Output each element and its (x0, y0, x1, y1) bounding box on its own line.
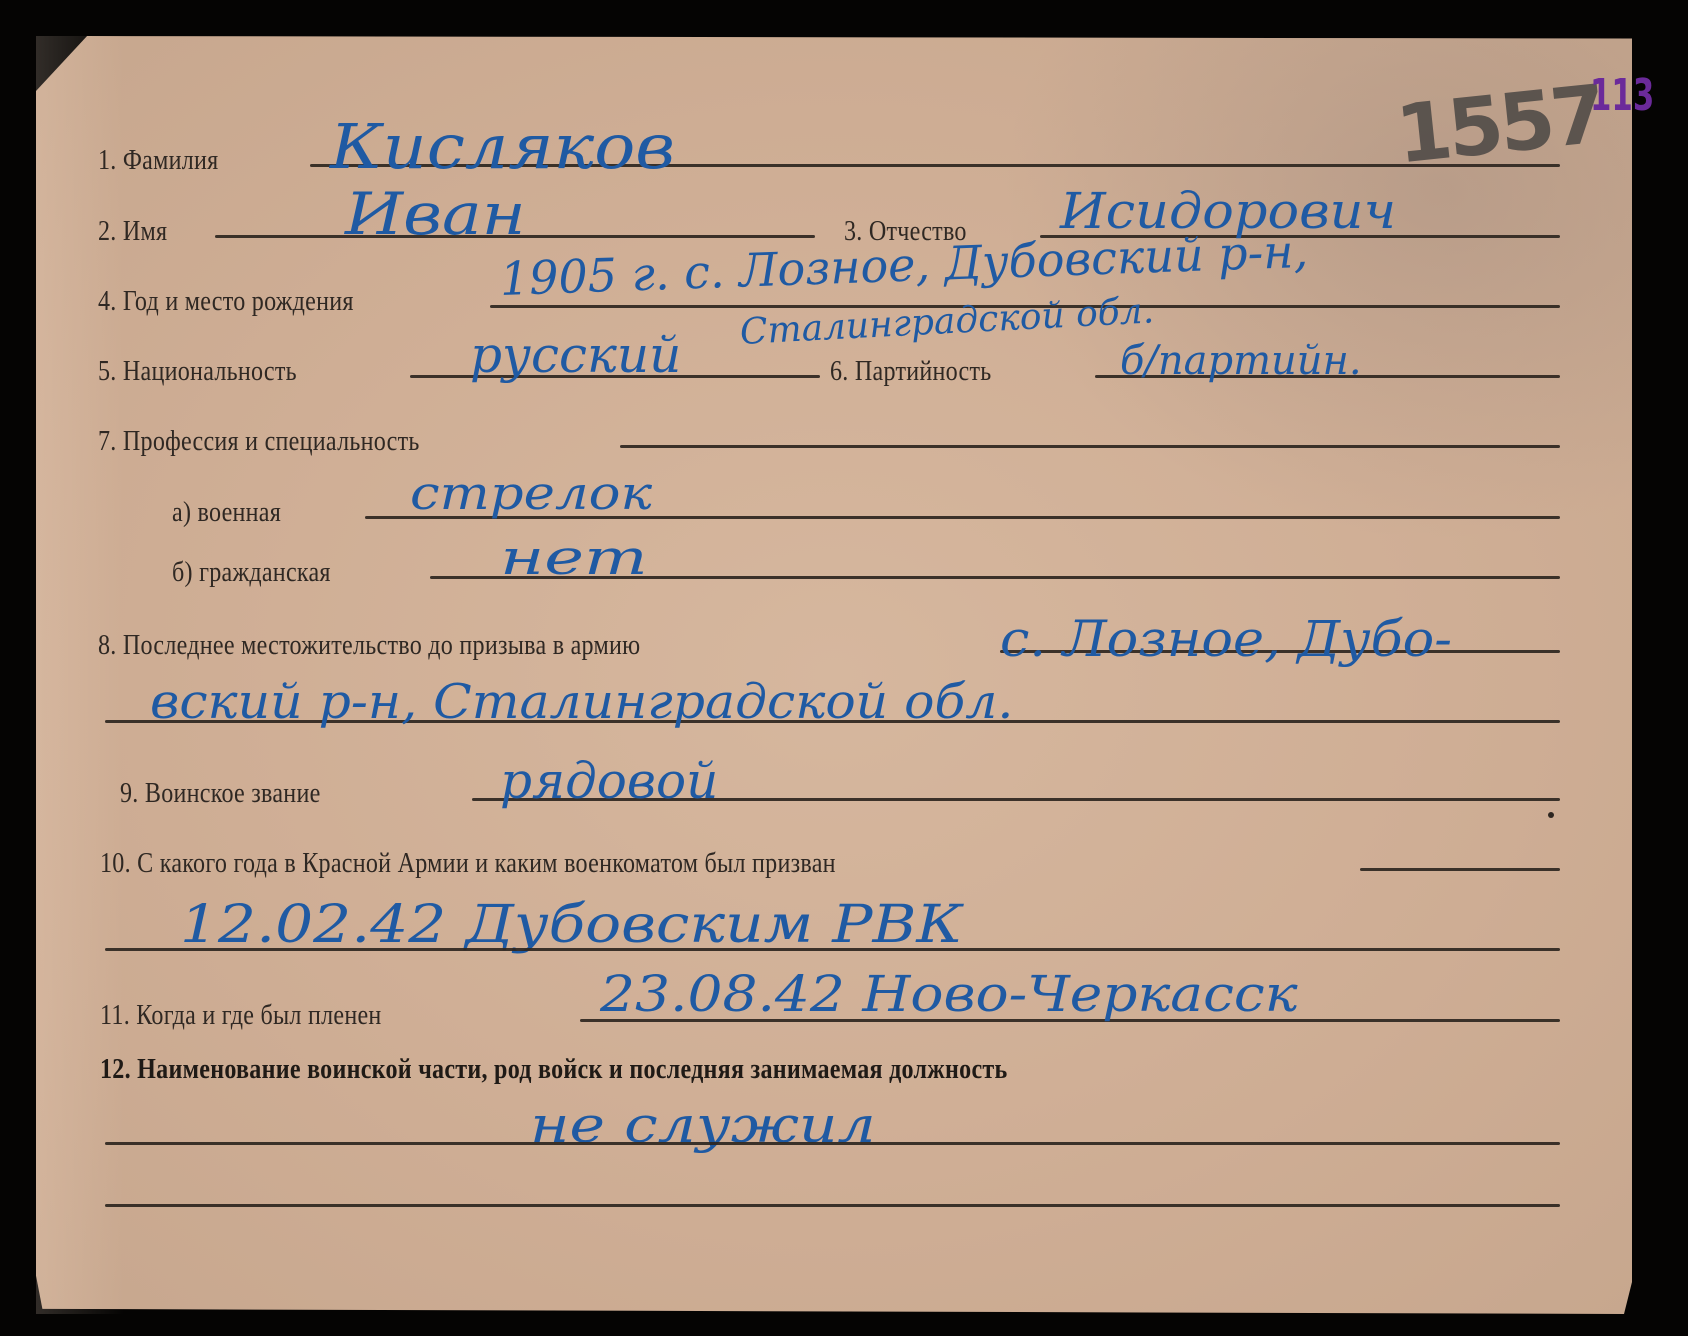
field-5-label: 5. Национальность (98, 356, 297, 388)
field-8-label: 8. Последнее местожительство до призыва … (98, 630, 640, 662)
field-6-label: 6. Партийность (830, 356, 992, 388)
field-11-label: 11. Когда и где был пленен (100, 1000, 382, 1032)
field-8-value: с. Лозное, Дубо- (1000, 610, 1452, 668)
field-12-label: 12. Наименование воинской части, род вой… (100, 1054, 1007, 1086)
field-11-value: 23.08.42 Ново-Черкасск (600, 965, 1298, 1023)
field-7-label: 7. Профессия и специальность (98, 426, 420, 458)
field-7b-value: нет (500, 530, 648, 586)
field-12-line-2 (105, 1204, 1560, 1207)
field-10-value: 12.02.42 Дубовским РВК (180, 895, 963, 955)
field-8-value-line2: вский р-н, Сталинградской обл. (150, 674, 1013, 730)
field-10-label: 10. С какого года в Красной Армии и каки… (100, 848, 836, 880)
stamp-archive-number: 113 (1590, 70, 1654, 121)
field-7-line (620, 445, 1560, 448)
field-6-value: б/партийн. (1120, 338, 1362, 384)
field-2-label: 2. Имя (98, 216, 167, 248)
field-7b-label: б) гражданская (172, 557, 331, 589)
field-1-value: Кисляков (330, 110, 675, 183)
ink-dot (1548, 812, 1554, 818)
field-5-value: русский (470, 326, 681, 384)
field-9-value: рядовой (500, 752, 718, 810)
field-7a-label: а) военная (172, 497, 281, 529)
field-10-line-2 (105, 948, 1560, 951)
field-2-value: Иван (345, 180, 526, 248)
field-4-label: 4. Год и место рождения (98, 286, 354, 318)
field-7a-value: стрелок (410, 466, 652, 520)
field-10-line (1360, 868, 1560, 871)
field-1-label: 1. Фамилия (98, 145, 219, 177)
field-12-line (105, 1142, 1560, 1145)
field-12-value: не служил (530, 1096, 876, 1154)
field-9-label: 9. Воинское звание (120, 778, 321, 810)
